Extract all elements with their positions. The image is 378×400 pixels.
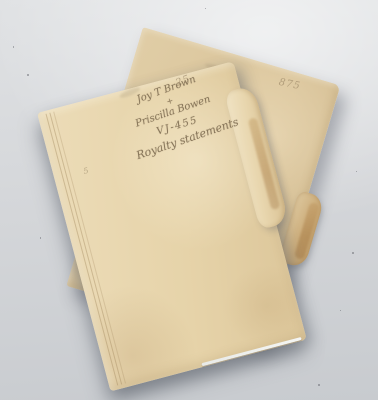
front-folder-pencil-mark-left: 5: [82, 166, 89, 176]
dust-speck: [340, 310, 341, 311]
dust-speck: [356, 171, 357, 172]
photo-of-two-manila-folders: 875 25 5 Joy T Brown + Priscilla Bowen V…: [0, 0, 378, 400]
spine-crease: [49, 113, 122, 385]
spine-crease: [53, 112, 126, 384]
dust-speck: [13, 46, 14, 48]
dust-speck: [318, 384, 320, 386]
back-folder-pencil-mark: 875: [278, 77, 302, 92]
dust-speck: [352, 252, 354, 254]
dust-speck: [27, 74, 29, 76]
dust-speck: [40, 237, 41, 239]
paper-sliver-edge: [201, 337, 301, 366]
dust-speck: [205, 8, 206, 9]
spine-crease: [46, 114, 119, 386]
